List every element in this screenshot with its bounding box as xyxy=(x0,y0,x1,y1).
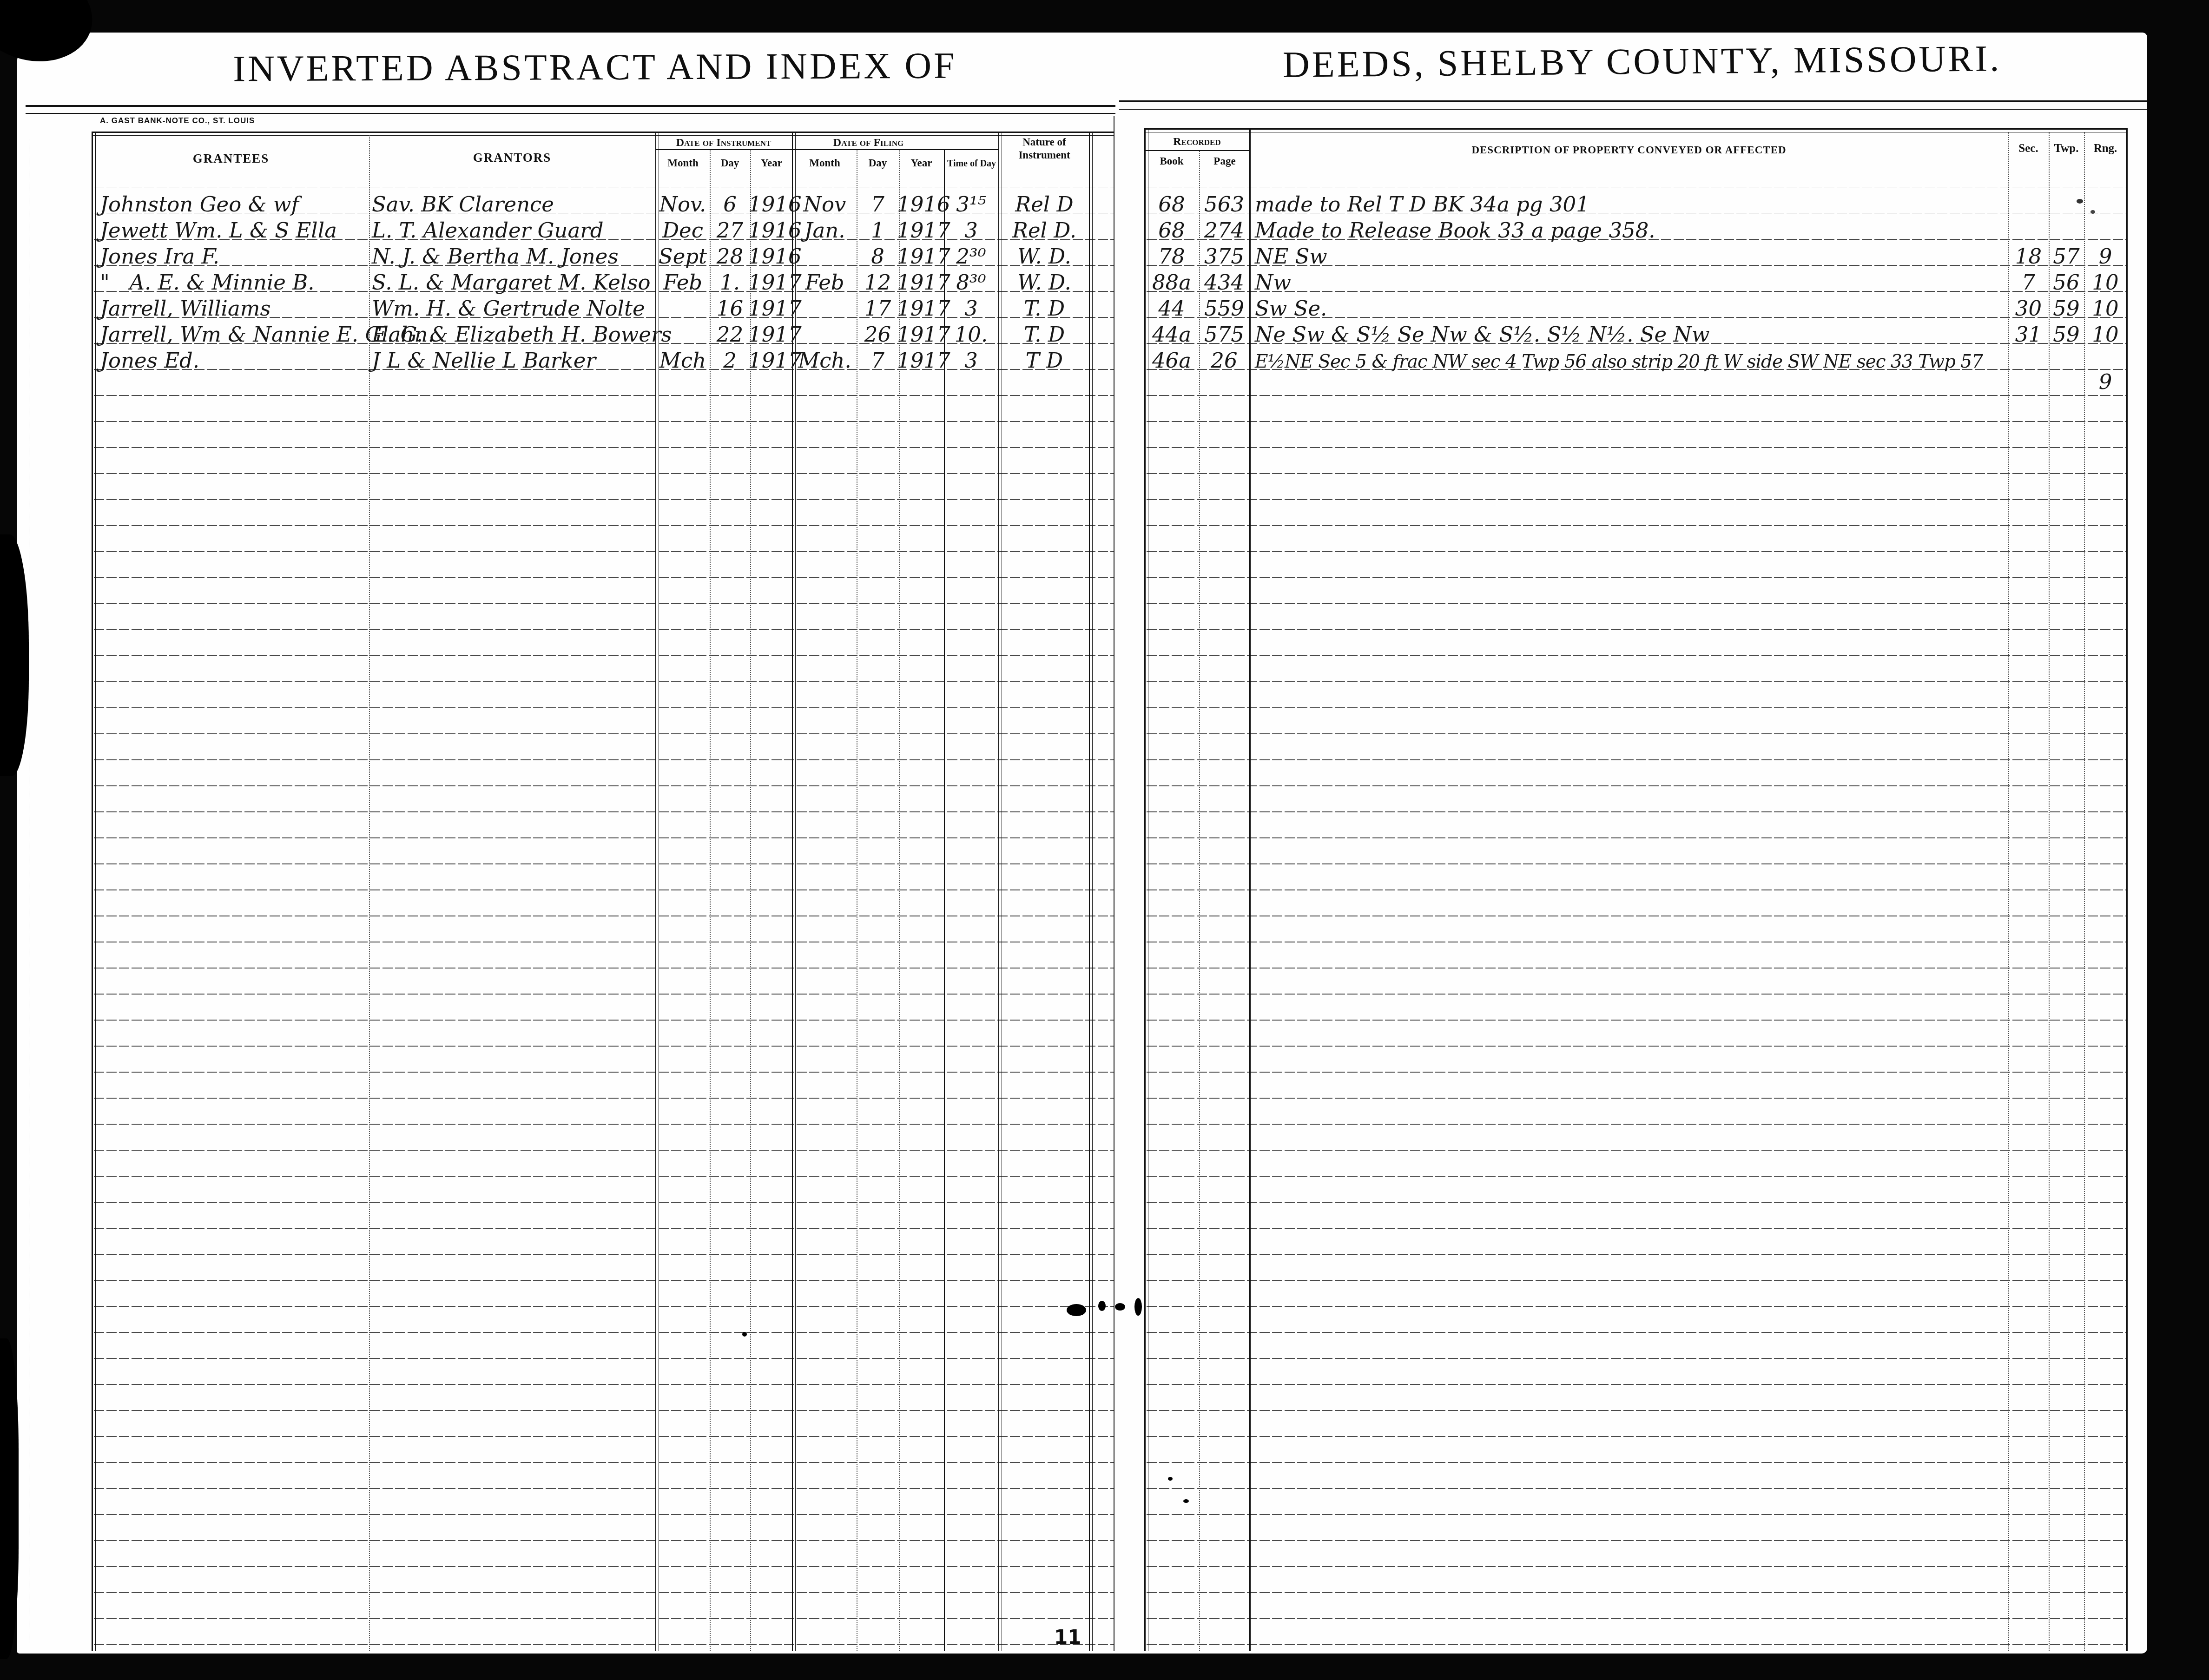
inst-day-cell: 27 xyxy=(710,220,750,241)
sec-cell: 18 xyxy=(2008,246,2049,267)
book-cell: 44 xyxy=(1144,298,1199,319)
grantee-cell: Jones Ed. xyxy=(100,350,367,371)
filing-day-cell: 12 xyxy=(857,272,899,293)
title-rule xyxy=(1119,109,2147,110)
filing-year-cell: 1917 xyxy=(897,246,944,267)
scan-artifact xyxy=(742,1332,747,1337)
description-cell: Nw xyxy=(1255,272,2010,293)
inst-year-cell: 1916 xyxy=(748,194,793,215)
right-page-title: DEEDS, SHELBY COUNTY, MISSOURI. xyxy=(1283,38,1994,86)
col-fil-month: Month xyxy=(793,157,857,169)
inst-day-cell: 16 xyxy=(710,298,750,319)
table-rule xyxy=(1144,128,2128,130)
book-cell: 68 xyxy=(1144,220,1199,241)
inst-month-cell: Nov. xyxy=(656,194,709,215)
col-fil-year: Year xyxy=(899,157,944,169)
twp-cell: 59 xyxy=(2049,324,2084,345)
filing-month-cell: Jan. xyxy=(793,220,857,241)
inst-day-cell: 22 xyxy=(710,324,750,345)
inst-month-cell: Dec xyxy=(656,220,709,241)
col-time-of-day: Time of Day xyxy=(944,158,999,169)
col-fil-day: Day xyxy=(857,157,899,169)
inst-month-cell: Feb xyxy=(656,272,709,293)
scan-artifact xyxy=(1098,1301,1106,1311)
time-cell: 8³⁰ xyxy=(944,272,998,293)
filing-year-cell: 1917 xyxy=(897,272,944,293)
rng-cell: 9 xyxy=(2084,246,2127,267)
col-date-of-instrument: Date of Instrument xyxy=(655,137,792,149)
table-rule xyxy=(1144,132,2128,132)
sec-cell: 30 xyxy=(2008,298,2049,319)
title-rule xyxy=(26,113,1115,114)
filing-day-cell: 1 xyxy=(857,220,899,241)
twp-cell: 59 xyxy=(2049,298,2084,319)
printer-imprint: A. GAST BANK-NOTE CO., ST. LOUIS xyxy=(100,116,255,125)
grantor-cell: Sav. BK Clarence xyxy=(372,194,654,215)
inst-year-cell: 1917 xyxy=(748,298,793,319)
title-rule xyxy=(26,105,1115,107)
scanned-ledger-sheet: INVERTED ABSTRACT AND INDEX OF DEEDS, SH… xyxy=(0,0,2209,1680)
description-cell: Made to Release Book 33 a page 358. xyxy=(1255,220,2010,241)
ledger-row: Jarrell, Wm & Nannie E. Glahn. E. G. & E… xyxy=(0,322,2209,345)
sec-cell: 7 xyxy=(2008,272,2049,293)
nature-cell: Rel D. xyxy=(999,220,1089,241)
page-cell: 559 xyxy=(1199,298,1249,319)
scan-artifact xyxy=(0,1338,19,1659)
page-number: 11 xyxy=(1054,1626,1081,1648)
title-rule xyxy=(1119,100,2147,102)
ledger-row: Jones Ed. J L & Nellie L Barker Mch 2 19… xyxy=(0,348,2209,371)
rng-cell: 10 xyxy=(2084,324,2127,345)
col-description: DESCRIPTION OF PROPERTY CONVEYED OR AFFE… xyxy=(1255,144,2003,156)
book-cell: 78 xyxy=(1144,246,1199,267)
time-cell: 10. xyxy=(944,324,998,345)
nature-cell: Rel D xyxy=(999,194,1089,215)
column-line xyxy=(857,150,857,1651)
description-cell: E½NE Sec 5 & frac NW sec 4 Twp 56 also s… xyxy=(1255,353,2010,371)
grantee-cell: Jones Ira F. xyxy=(100,246,367,267)
inst-day-cell: 28 xyxy=(710,246,750,267)
column-line xyxy=(1199,151,1200,1651)
page-cell: 575 xyxy=(1199,324,1249,345)
twp-cell: 57 xyxy=(2049,246,2084,267)
time-cell: 2³⁰ xyxy=(944,246,998,267)
page-edge-line xyxy=(1114,116,1114,1651)
grantor-cell: J L & Nellie L Barker xyxy=(372,350,654,371)
scan-artifact xyxy=(1067,1304,1086,1316)
scan-artifact xyxy=(1168,1477,1173,1481)
col-twp: Twp. xyxy=(2049,142,2084,155)
grantor-cell: S. L. & Margaret M. Kelso xyxy=(372,272,654,293)
inst-day-cell: 2 xyxy=(710,350,750,371)
col-rng: Rng. xyxy=(2084,142,2127,155)
scan-artifact xyxy=(1134,1298,1142,1316)
sec-cell: 31 xyxy=(2008,324,2049,345)
col-page: Page xyxy=(1199,155,1250,167)
scan-artifact xyxy=(1115,1303,1125,1311)
col-sec: Sec. xyxy=(2008,142,2049,155)
column-line xyxy=(710,150,711,1651)
column-line xyxy=(750,150,751,1651)
twp-cell: 56 xyxy=(2049,272,2084,293)
filing-day-cell: 7 xyxy=(857,194,899,215)
nature-cell: W. D. xyxy=(999,246,1089,267)
inst-month-cell: Sept xyxy=(656,246,709,267)
grantor-cell: L. T. Alexander Guard xyxy=(372,220,654,241)
description-cell: NE Sw xyxy=(1255,246,2010,267)
inst-year-cell: 1917 xyxy=(748,350,793,371)
ledger-row: Jarrell, Williams Wm. H. & Gertrude Nolt… xyxy=(0,296,2209,319)
page-cell: 434 xyxy=(1199,272,1249,293)
filing-month-cell: Feb xyxy=(793,272,857,293)
grantee-cell: Jewett Wm. L & S Ella xyxy=(100,220,367,241)
col-date-of-filing: Date of Filing xyxy=(793,137,944,149)
col-inst-year: Year xyxy=(750,157,793,169)
scan-artifact xyxy=(1183,1499,1189,1503)
col-nature-of-instrument: Nature of Instrument xyxy=(1014,136,1075,161)
scan-artifact xyxy=(2077,199,2083,204)
description-cell: Sw Se. xyxy=(1255,298,2010,319)
grantor-cell: E. G. & Elizabeth H. Bowers xyxy=(372,324,654,345)
book-cell: 68 xyxy=(1144,194,1199,215)
nature-cell: T. D xyxy=(999,324,1089,345)
book-cell: 44a xyxy=(1144,324,1199,345)
ledger-row: " A. E. & Minnie B. S. L. & Margaret M. … xyxy=(0,270,2209,293)
col-inst-month: Month xyxy=(656,157,710,169)
table-rule xyxy=(92,135,1114,136)
rng-cell: 10 xyxy=(2084,298,2127,319)
grantee-cell: Jarrell, Williams xyxy=(100,298,367,319)
time-cell: 3 xyxy=(944,350,998,371)
filing-year-cell: 1916 xyxy=(897,194,944,215)
header-rule xyxy=(655,149,999,150)
grantee-cell: Johnston Geo & wf xyxy=(100,194,367,215)
inst-day-cell: 6 xyxy=(710,194,750,215)
right-page-grid xyxy=(1144,162,2128,1651)
filing-year-cell: 1917 xyxy=(897,350,944,371)
nature-cell: T. D xyxy=(999,298,1089,319)
filing-day-cell: 7 xyxy=(857,350,899,371)
ledger-row: Jones Ira F. N. J. & Bertha M. Jones Sep… xyxy=(0,244,2209,267)
col-inst-day: Day xyxy=(710,157,750,169)
book-cell: 88a xyxy=(1144,272,1199,293)
time-cell: 3¹⁵ xyxy=(944,194,998,215)
page-cell: 563 xyxy=(1199,194,1249,215)
inst-year-cell: 1916 xyxy=(748,220,793,241)
column-line xyxy=(899,150,900,1651)
left-page-grid xyxy=(92,162,1114,1651)
filing-day-cell: 26 xyxy=(857,324,899,345)
inst-year-cell: 1917 xyxy=(748,324,793,345)
nature-cell: T D xyxy=(999,350,1089,371)
filing-year-cell: 1917 xyxy=(897,324,944,345)
filing-day-cell: 8 xyxy=(857,246,899,267)
filing-day-cell: 17 xyxy=(857,298,899,319)
rng-cell: 9 xyxy=(2084,371,2127,392)
filing-month-cell: Mch. xyxy=(793,350,857,371)
left-page-title: INVERTED ABSTRACT AND INDEX OF xyxy=(218,45,971,90)
inst-year-cell: 1917 xyxy=(748,272,793,293)
inst-month-cell: Mch xyxy=(656,350,709,371)
filing-month-cell: Nov xyxy=(793,194,857,215)
inst-year-cell: 1916 xyxy=(748,246,793,267)
description-cell: Ne Sw & S½ Se Nw & S½. S½ N½. Se Nw xyxy=(1255,324,2010,345)
inst-day-cell: 1. xyxy=(710,272,750,293)
grantee-cell: Jarrell, Wm & Nannie E. Glahn. xyxy=(100,324,367,345)
rng-cell: 10 xyxy=(2084,272,2127,293)
page-cell: 274 xyxy=(1199,220,1249,241)
header-rule xyxy=(1144,150,1250,151)
time-cell: 3 xyxy=(944,220,998,241)
grantor-cell: Wm. H. & Gertrude Nolte xyxy=(372,298,654,319)
grantee-cell: " A. E. & Minnie B. xyxy=(100,272,367,293)
nature-cell: W. D. xyxy=(999,272,1089,293)
description-cell: made to Rel T D BK 34a pg 301 xyxy=(1255,194,2010,215)
col-grantees: GRANTEES xyxy=(93,152,369,166)
col-book: Book xyxy=(1144,155,1199,167)
filing-year-cell: 1917 xyxy=(897,298,944,319)
table-rule xyxy=(92,132,1114,133)
time-cell: 3 xyxy=(944,298,998,319)
col-recorded: Recorded xyxy=(1144,136,1250,148)
page-cell: 375 xyxy=(1199,246,1249,267)
filing-year-cell: 1917 xyxy=(897,220,944,241)
page-cell: 26 xyxy=(1199,350,1249,371)
ledger-row: Jewett Wm. L & S Ella L. T. Alexander Gu… xyxy=(0,217,2209,241)
column-line xyxy=(944,150,945,1651)
grantor-cell: N. J. & Bertha M. Jones xyxy=(372,246,654,267)
book-cell: 46a xyxy=(1144,350,1199,371)
ledger-row: Johnston Geo & wf Sav. BK Clarence Nov. … xyxy=(0,191,2209,215)
scan-artifact xyxy=(2090,210,2095,214)
scan-artifact xyxy=(29,139,29,1645)
col-grantors: GRANTORS xyxy=(369,151,655,165)
